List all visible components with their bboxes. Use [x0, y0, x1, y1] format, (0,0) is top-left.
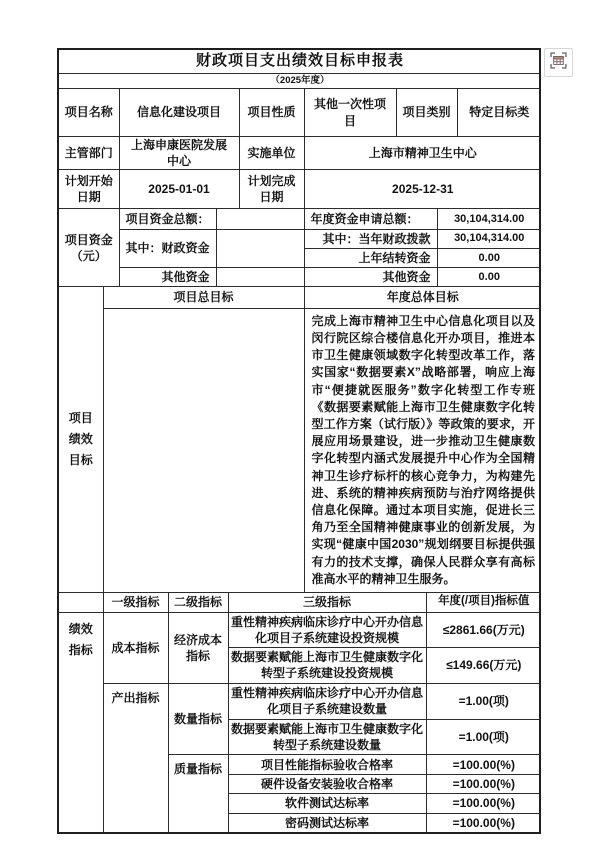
indicator-name: 项目性能指标验收合格率 [228, 755, 426, 775]
project-nature-value: 其他一次性项目 [304, 89, 396, 136]
page: { "page": { "title": "财政项目支出绩效目标申报表", "s… [0, 0, 610, 841]
project-nature-label: 项目性质 [239, 89, 304, 136]
fiscal-funds-value-empty [216, 229, 304, 267]
other-funds-value-empty [216, 268, 304, 287]
indicator-value: =100.00(%) [426, 775, 541, 794]
indicator-name: 数据要素赋能上海市卫生健康数字化转型子系统建设数量 [228, 719, 426, 754]
table-select-icon [548, 50, 569, 76]
annual-other-funds-label: 其他资金 [304, 268, 437, 287]
indicator-value: ≤2861.66(万元) [426, 612, 541, 647]
project-category-label: 项目类别 [396, 89, 457, 136]
basic-info-section: 项目名称 信息化建设项目 项目性质 其他一次性项目 项目类别 特定目标类 主管部… [59, 89, 541, 209]
indicator-value: =100.00(%) [426, 813, 541, 832]
quality-indicator-label: 质量指标 [168, 755, 228, 832]
title-section: 财政项目支出绩效目标申报表 （2025年度） [59, 50, 541, 89]
project-name-value: 信息化建设项目 [119, 89, 239, 136]
indicator-name: 重性精神疾病临床诊疗中心开办信息化项目子系统建设数量 [228, 683, 426, 719]
fiscal-funds-label: 其中：财政资金 [119, 229, 216, 267]
current-appropriation-label: 其中：当年财政拨款 [304, 229, 437, 248]
other-funds-label: 其他资金 [119, 268, 216, 287]
performance-goal-section-label: 项目绩效目标 [59, 287, 103, 592]
cost-indicator-label: 成本指标 [103, 612, 168, 683]
implementing-unit-value: 上海市精神卫生中心 [304, 136, 541, 169]
quantity-indicator-label: 数量指标 [168, 683, 228, 754]
indicator-value: =100.00(%) [426, 794, 541, 813]
project-goal-header: 项目总目标 [103, 287, 304, 308]
plan-start-date-label: 计划开始日期 [59, 170, 119, 209]
indicator-corner-empty [59, 593, 103, 612]
performance-indicator-section-label: 绩效指标 [59, 612, 103, 832]
output-indicator-label: 产出指标 [103, 683, 168, 831]
funding-total-label: 项目资金总额： [119, 209, 216, 229]
indicator-name: 密码测试达标率 [228, 813, 426, 832]
funding-section-label: 项目资金（元） [59, 209, 119, 287]
indicator-name: 软件测试达标率 [228, 794, 426, 813]
implementing-unit-label: 实施单位 [239, 136, 304, 169]
declaration-form-table: 财政项目支出绩效目标申报表 （2025年度） 项目名称 信息化建设项目 项目性质… [57, 48, 541, 834]
carryover-value: 0.00 [437, 248, 541, 267]
economic-cost-indicator-label: 经济成本指标 [168, 612, 228, 683]
form-year-subtitle: （2025年度） [59, 73, 541, 89]
level1-indicator-header: 一级指标 [103, 593, 168, 612]
annual-goal-text: 完成上海市精神卫生中心信息化项目以及闵行院区综合楼信息化开办项目，推进本市卫生健… [304, 308, 541, 592]
carryover-label: 上年结转资金 [304, 248, 437, 267]
table-tool-button[interactable] [544, 48, 573, 77]
indicator-name: 重性精神疾病临床诊疗中心开办信息化项目子系统建设投资规模 [228, 612, 426, 647]
competent-dept-label: 主管部门 [59, 136, 119, 169]
project-name-label: 项目名称 [59, 89, 119, 136]
project-goal-text-empty [103, 308, 304, 592]
indicator-value: =1.00(项) [426, 683, 541, 719]
indicators-section: 一级指标 二级指标 三级指标 年度(/项目)指标值 绩效指标 成本指标 经济成本… [59, 593, 541, 832]
indicator-name: 数据要素赋能上海市卫生健康数字化转型子系统建设投资规模 [228, 647, 426, 683]
current-appropriation-value: 30,104,314.00 [437, 229, 541, 248]
plan-end-date-value: 2025-12-31 [304, 170, 541, 209]
annual-other-funds-value: 0.00 [437, 268, 541, 287]
annual-request-label: 年度资金申请总额： [304, 209, 437, 229]
funding-total-value-empty [216, 209, 304, 229]
annual-goal-header: 年度总体目标 [304, 287, 541, 308]
form-title: 财政项目支出绩效目标申报表 [59, 50, 541, 73]
indicator-value: ≤149.66(万元) [426, 647, 541, 683]
plan-start-date-value: 2025-01-01 [119, 170, 239, 209]
annual-request-value: 30,104,314.00 [437, 209, 541, 229]
indicator-name: 硬件设备安装验收合格率 [228, 775, 426, 794]
plan-end-date-label: 计划完成日期 [239, 170, 304, 209]
competent-dept-value: 上海申康医院发展中心 [119, 136, 239, 169]
indicator-value: =100.00(%) [426, 755, 541, 775]
funding-section: 项目资金（元） 项目资金总额： 年度资金申请总额： 30,104,314.00 … [59, 209, 541, 287]
level2-indicator-header: 二级指标 [168, 593, 228, 612]
indicator-value: =1.00(项) [426, 719, 541, 754]
goals-section: 项目绩效目标 项目总目标 年度总体目标 完成上海市精神卫生中心信息化项目以及闵行… [59, 287, 541, 593]
level3-indicator-header: 三级指标 [228, 593, 426, 612]
project-category-value: 特定目标类 [457, 89, 541, 136]
indicator-value-header: 年度(/项目)指标值 [426, 593, 541, 612]
